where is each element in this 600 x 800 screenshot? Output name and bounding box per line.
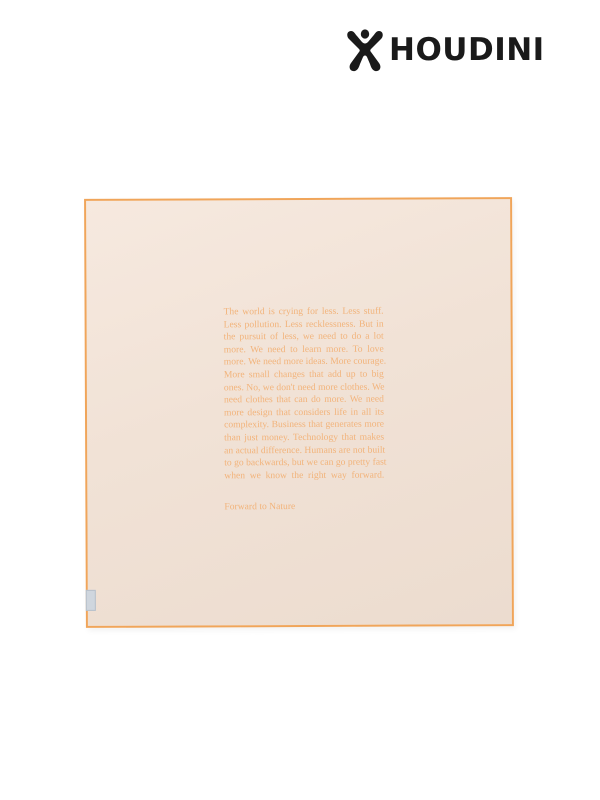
- manifesto-line: when we know the right way forward.: [224, 469, 384, 482]
- manifesto-line: an actual difference. Humans are not bui…: [224, 444, 384, 457]
- manifesto-line: ones. No, we don't need more clothes. We: [224, 381, 384, 394]
- brand-logo: HOUDINI: [345, 26, 545, 74]
- manifesto-line: to go backwards, but we can go pretty fa…: [224, 457, 384, 470]
- manifesto-line: more. We need more ideas. More courage.: [224, 356, 384, 369]
- manifesto-line: More small changes that add up to big: [224, 369, 384, 382]
- manifesto-line: The world is crying for less. Less stuff…: [224, 306, 384, 319]
- brand-wordmark: HOUDINI: [389, 35, 545, 66]
- manifesto-line: than just money. Technology that makes: [224, 432, 384, 445]
- manifesto-line: need clothes that can do more. We need: [224, 394, 384, 407]
- product-bandana: The world is crying for less. Less stuff…: [84, 197, 514, 628]
- houdini-figure-logo-icon: [345, 27, 385, 73]
- manifesto-line: Less pollution. Less recklessness. But i…: [224, 318, 384, 331]
- manifesto-text: The world is crying for less. Less stuff…: [224, 306, 385, 483]
- care-label-tag: [86, 590, 96, 611]
- manifesto-line: the pursuit of less, we need to do a lot: [224, 331, 384, 344]
- manifesto-signoff: Forward to Nature: [224, 501, 295, 513]
- manifesto-line: complexity. Business that generates more: [224, 419, 384, 432]
- manifesto-line: more design that considers life in all i…: [224, 406, 384, 419]
- manifesto-line: more. We need to learn more. To love: [224, 343, 384, 356]
